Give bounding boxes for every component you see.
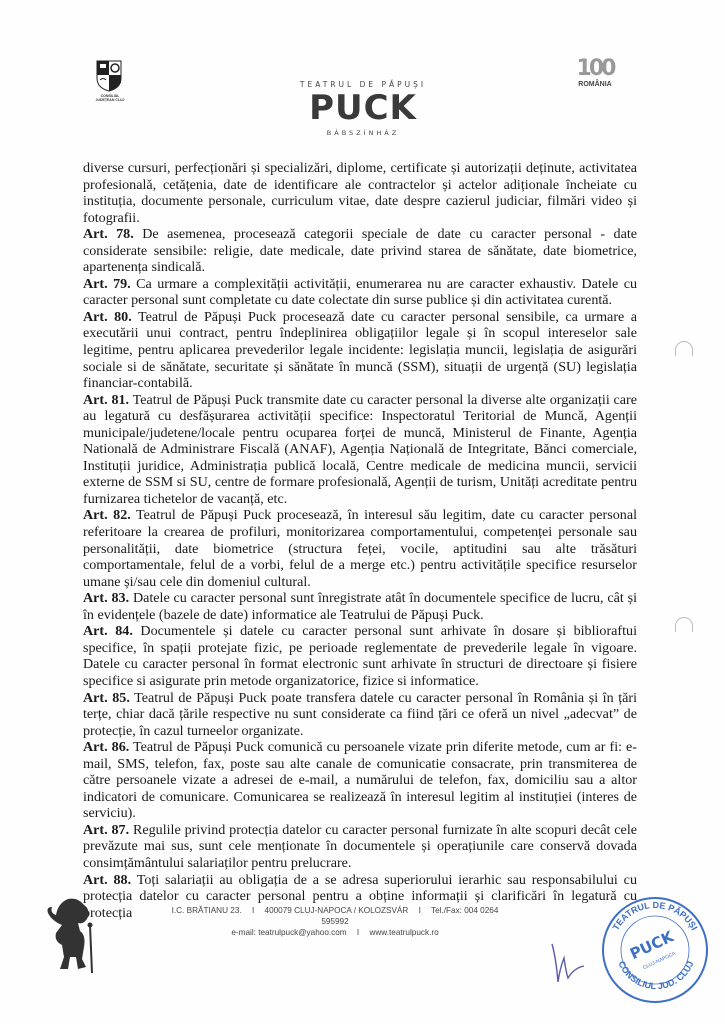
footer-contact: I.C. BRĂTIANU 23. I 400079 CLUJ-NAPOCA /… bbox=[160, 905, 510, 938]
article-86: Art. 86. Teatrul de Păpuși Puck comunică… bbox=[83, 739, 637, 822]
puck-theatre-logo: TEATRUL DE PĂPUȘI PUCK BÁBSZÍNHÁZ bbox=[298, 80, 428, 137]
article-text: Documentele și datele cu caracter person… bbox=[83, 623, 637, 689]
article-label: Art. 87. bbox=[83, 822, 129, 838]
logo-main-text: PUCK bbox=[298, 90, 428, 126]
article-82: Art. 82. Teatrul de Păpuși Puck procesea… bbox=[83, 507, 637, 590]
centenary-caption: ROMÂNIA bbox=[570, 81, 620, 88]
article-text: De asemenea, procesează categorii specia… bbox=[83, 226, 637, 275]
footer-separator: I bbox=[419, 906, 421, 915]
article-81: Art. 81. Teatrul de Păpuși Puck transmit… bbox=[83, 392, 637, 508]
punch-hole-mark bbox=[675, 617, 693, 632]
article-80: Art. 80. Teatrul de Păpuși Puck procesea… bbox=[83, 309, 637, 392]
article-label: Art. 82. bbox=[83, 507, 131, 523]
article-label: Art. 84. bbox=[83, 623, 133, 639]
article-label: Art. 79. bbox=[83, 276, 131, 292]
article-text: Teatrul de Păpuși Puck procesează date c… bbox=[83, 309, 637, 391]
article-label: Art. 78. bbox=[83, 226, 134, 242]
punch-hole-mark bbox=[675, 341, 693, 356]
footer-website[interactable]: www.teatrulpuck.ro bbox=[369, 928, 438, 937]
footer-line-2: e-mail: teatrulpuck@yahoo.com I www.teat… bbox=[160, 927, 510, 938]
article-78: Art. 78. De asemenea, procesează categor… bbox=[83, 226, 637, 276]
article-85: Art. 85. Teatrul de Păpuși Puck poate tr… bbox=[83, 690, 637, 740]
article-79: Art. 79. Ca urmare a complexității activ… bbox=[83, 276, 637, 309]
article-label: Art. 81. bbox=[83, 392, 129, 408]
article-83: Art. 83. Datele cu caracter personal sun… bbox=[83, 590, 637, 623]
article-text: Datele cu caracter personal sunt înregis… bbox=[83, 590, 637, 623]
article-84: Art. 84. Documentele și datele cu caract… bbox=[83, 623, 637, 689]
puck-mascot-icon bbox=[38, 895, 98, 975]
article-text: Regulile privind protecția datelor cu ca… bbox=[83, 822, 637, 871]
county-council-caption: CONSILIUL JUDEȚEAN CLUJ bbox=[92, 94, 128, 102]
footer-city: 400079 CLUJ-NAPOCA / KOLOZSVÁR bbox=[265, 906, 409, 915]
article-label: Art. 80. bbox=[83, 309, 132, 325]
article-label: Art. 88. bbox=[83, 872, 131, 888]
logo-bottom-text: BÁBSZÍNHÁZ bbox=[298, 129, 428, 137]
article-87: Art. 87. Regulile privind protecția date… bbox=[83, 822, 637, 872]
footer-email: e-mail: teatrulpuck@yahoo.com bbox=[231, 928, 346, 937]
article-label: Art. 83. bbox=[83, 590, 129, 606]
romania-centenary-logo: 100 ROMÂNIA bbox=[570, 58, 620, 88]
centenary-number: 100 bbox=[570, 58, 620, 80]
article-label: Art. 86. bbox=[83, 739, 129, 755]
county-council-shield-icon bbox=[96, 60, 122, 92]
article-text: Teatrul de Păpuși Puck procesează, în in… bbox=[83, 507, 637, 589]
article-text: Teatrul de Păpuși Puck poate transfera d… bbox=[83, 690, 637, 739]
footer-line-1: I.C. BRĂTIANU 23. I 400079 CLUJ-NAPOCA /… bbox=[160, 905, 510, 927]
document-body: diverse cursuri, perfecționări și specia… bbox=[83, 160, 637, 921]
intro-continuation: diverse cursuri, perfecționări și specia… bbox=[83, 160, 637, 226]
article-text: Ca urmare a complexității activității, e… bbox=[83, 276, 637, 309]
document-page: CONSILIUL JUDEȚEAN CLUJ TEATRUL DE PĂPUȘ… bbox=[0, 0, 725, 1024]
article-label: Art. 85. bbox=[83, 690, 130, 706]
article-text: Teatrul de Păpuși Puck comunică cu perso… bbox=[83, 739, 637, 821]
official-stamp: TEATRUL DE PĂPUȘI CONSILIUL JUD. CLUJ PU… bbox=[595, 888, 715, 1008]
footer-separator: I bbox=[252, 906, 254, 915]
signature-icon bbox=[548, 938, 588, 988]
footer-separator: I bbox=[357, 928, 359, 937]
footer-address: I.C. BRĂTIANU 23. bbox=[172, 906, 242, 915]
article-text: Teatrul de Păpuși Puck transmite date cu… bbox=[83, 392, 637, 507]
county-council-logo: CONSILIUL JUDEȚEAN CLUJ bbox=[92, 60, 138, 118]
